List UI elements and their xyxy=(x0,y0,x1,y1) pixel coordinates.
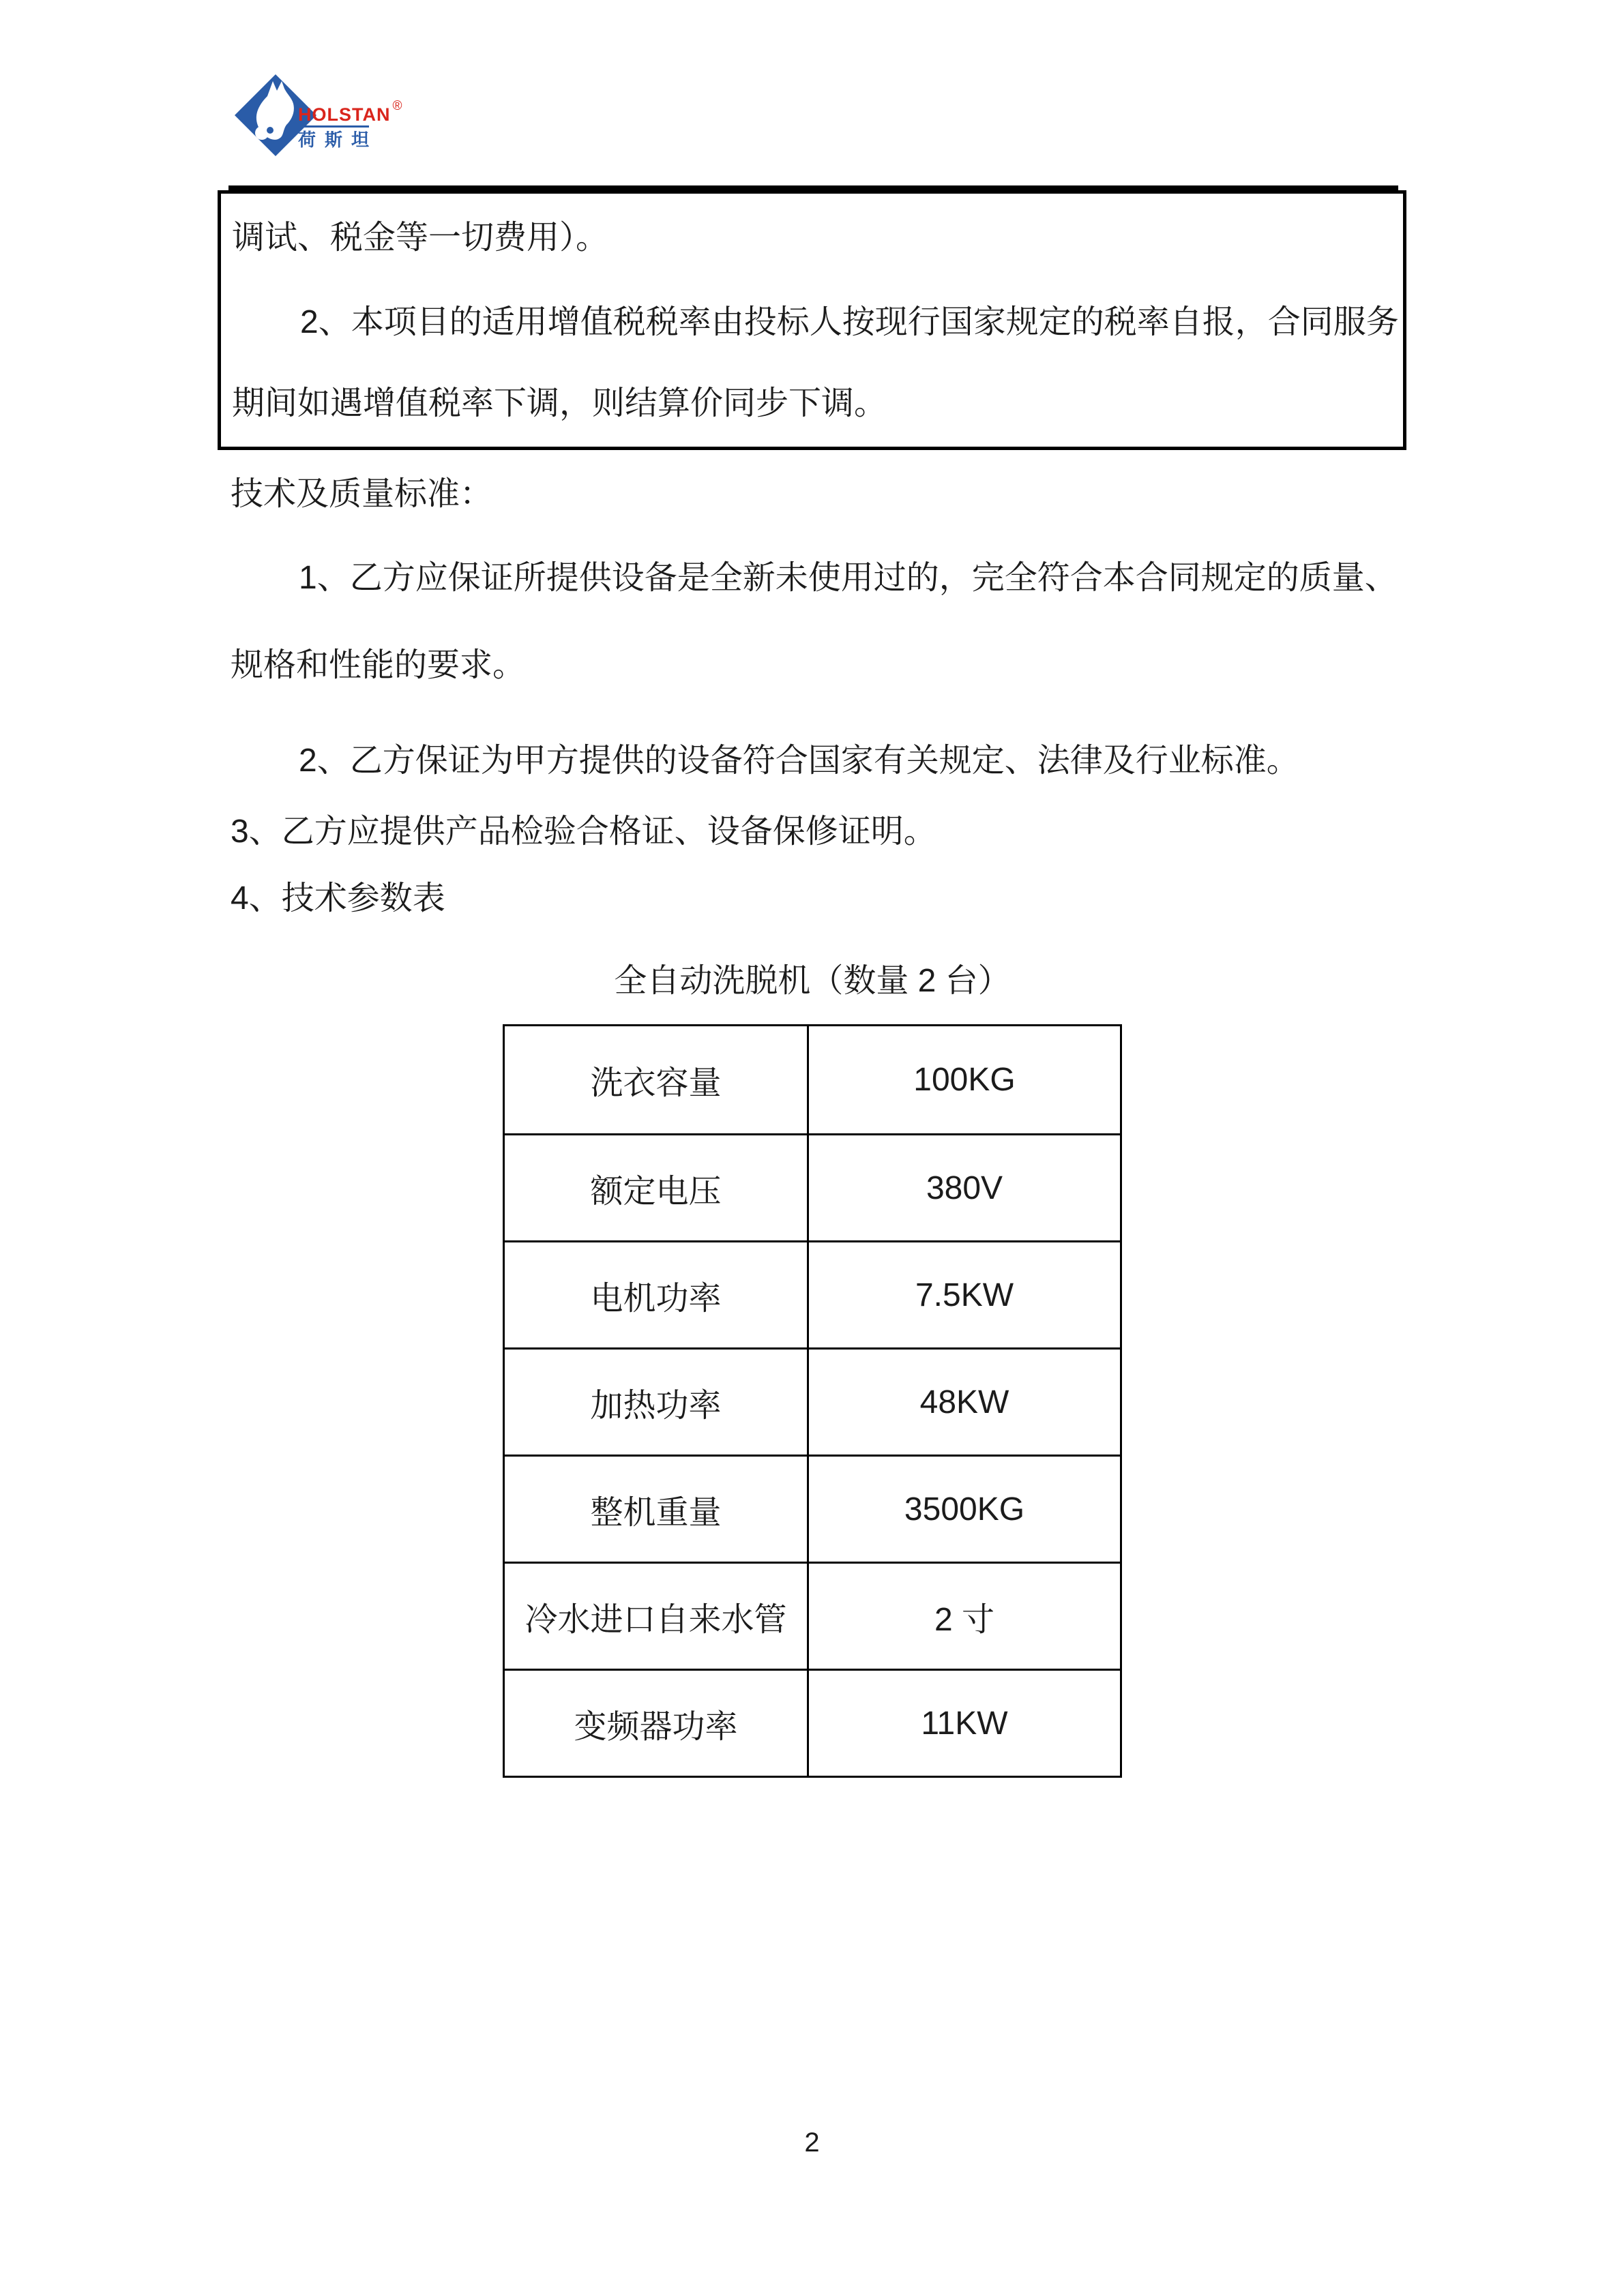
param-label: 变频器功率 xyxy=(505,1671,809,1776)
section-heading: 技术及质量标准： xyxy=(231,475,492,513)
contract-clause-box: 调试、税金等一切费用）。 2、本项目的适用增值税税率由投标人按现行国家规定的税率… xyxy=(218,190,1406,450)
table-row: 加热功率48KW xyxy=(505,1347,1120,1455)
table-row: 电机功率7.5KW xyxy=(505,1240,1120,1347)
param-value: 48KW xyxy=(809,1350,1120,1455)
table-title: 全自动洗脱机（数量 2 台） xyxy=(503,962,1122,1000)
spec-table: 洗衣容量100KG额定电压380V电机功率7.5KW加热功率48KW整机重量35… xyxy=(503,1024,1122,1778)
body-item-4: 4、技术参数表 xyxy=(231,880,445,918)
body-item-3: 3、乙方应提供产品检验合格证、设备保修证明。 xyxy=(231,813,936,851)
table-row: 洗衣容量100KG xyxy=(505,1026,1120,1133)
body-item-2: 2、乙方保证为甲方提供的设备符合国家有关规定、法律及行业标准。 xyxy=(299,742,1299,780)
param-label: 电机功率 xyxy=(505,1242,809,1347)
registered-trademark-icon: ® xyxy=(393,100,402,113)
table-row: 额定电压380V xyxy=(505,1133,1120,1240)
clause-line-1: 调试、税金等一切费用）。 xyxy=(232,219,608,257)
param-value: 380V xyxy=(809,1135,1120,1240)
body-item-1-cont: 规格和性能的要求。 xyxy=(231,646,525,685)
param-value: 7.5KW xyxy=(809,1242,1120,1347)
table-row: 整机重量3500KG xyxy=(505,1455,1120,1562)
logo-underline xyxy=(298,125,369,128)
page-number: 2 xyxy=(0,2128,1624,2158)
document-page: HOLSTAN ® 荷斯坦 调试、税金等一切费用）。 2、本项目的适用增值税税率… xyxy=(0,0,1624,2296)
param-label: 整机重量 xyxy=(505,1457,809,1562)
param-value: 100KG xyxy=(809,1026,1120,1133)
param-value: 2 寸 xyxy=(809,1564,1120,1669)
param-label: 额定电压 xyxy=(505,1135,809,1240)
param-value: 3500KG xyxy=(809,1457,1120,1562)
logo-brand-en: HOLSTAN xyxy=(298,106,391,124)
logo: HOLSTAN ® 荷斯坦 xyxy=(232,72,518,167)
logo-brand-cn: 荷斯坦 xyxy=(298,131,402,149)
param-label: 洗衣容量 xyxy=(505,1026,809,1133)
clause-line-3: 期间如遇增值税率下调，则结算价同步下调。 xyxy=(232,385,887,423)
body-item-1: 1、乙方应保证所提供设备是全新未使用过的，完全符合本合同规定的质量、 xyxy=(299,559,1398,597)
table-row: 冷水进口自来水管2 寸 xyxy=(505,1562,1120,1669)
clause-line-2: 2、本项目的适用增值税税率由投标人按现行国家规定的税率自报，合同服务 xyxy=(300,303,1399,342)
param-label: 加热功率 xyxy=(505,1350,809,1455)
param-label: 冷水进口自来水管 xyxy=(505,1564,809,1669)
logo-text: HOLSTAN ® 荷斯坦 xyxy=(298,106,402,149)
param-value: 11KW xyxy=(809,1671,1120,1776)
table-row: 变频器功率11KW xyxy=(505,1669,1120,1776)
